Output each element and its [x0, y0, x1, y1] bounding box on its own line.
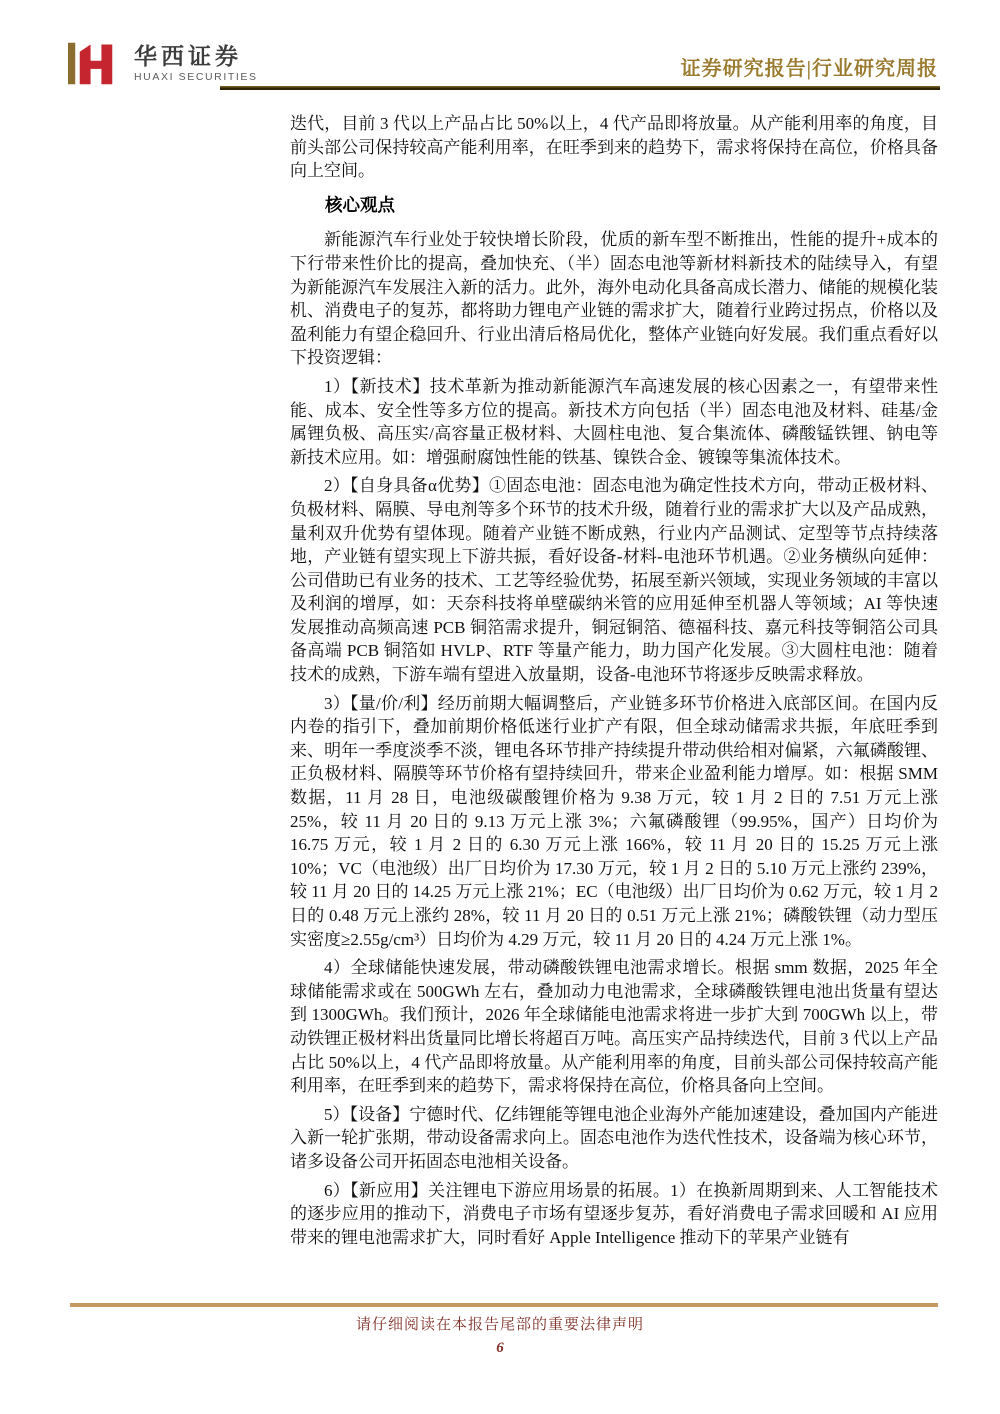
body-paragraph-continuation: 迭代，目前 3 代以上产品占比 50%以上，4 代产品即将放量。从产能利用率的角…: [290, 112, 938, 183]
body-paragraph-overview: 新能源汽车行业处于较快增长阶段，优质的新车型不断推出，性能的提升+成本的下行带来…: [290, 228, 938, 370]
body-paragraph-global-storage: 4）全球储能快速发展，带动磷酸铁锂电池需求增长。根据 smm 数据，2025 年…: [290, 956, 938, 1098]
body-paragraph-equipment: 5）【设备】宁德时代、亿纬锂能等锂电池企业海外产能加速建设，叠加国内产能进入新一…: [290, 1103, 938, 1174]
body-paragraph-volume-price-profit: 3）【量/价/利】经历前期大幅调整后，产业链多环节价格进入底部区间。在国内反内卷…: [290, 692, 938, 952]
brand-text-block: 华西证券 HUAXI SECURITIES: [134, 44, 258, 83]
huaxi-logo-icon: [68, 40, 124, 87]
brand-name-cn: 华西证券: [134, 44, 258, 69]
brand-name-en: HUAXI SECURITIES: [134, 71, 258, 83]
report-type-label: 证券研究报告|行业研究周报: [681, 52, 938, 81]
huaxi-logo: 华西证券 HUAXI SECURITIES: [68, 40, 258, 87]
report-body: 迭代，目前 3 代以上产品占比 50%以上，4 代产品即将放量。从产能利用率的角…: [290, 112, 938, 1254]
section-heading: 核心观点: [290, 194, 938, 218]
footer-divider: [70, 1303, 938, 1307]
page-number: 6: [0, 1340, 1000, 1357]
body-paragraph-new-application: 6）【新应用】关注锂电下游应用场景的拓展。1）在换新周期到来、人工智能技术的逐步…: [290, 1179, 938, 1250]
body-paragraph-new-tech: 1）【新技术】技术革新为推动新能源汽车高速发展的核心因素之一，有望带来性能、成本…: [290, 375, 938, 469]
header-divider: [220, 86, 940, 90]
body-paragraph-alpha-advantage: 2）【自身具备α优势】①固态电池：固态电池为确定性技术方向，带动正极材料、负极材…: [290, 474, 938, 686]
footer-disclaimer: 请仔细阅读在本报告尾部的重要法律声明: [0, 1313, 1000, 1334]
report-page: 华西证券 HUAXI SECURITIES 证券研究报告|行业研究周报 迭代，目…: [0, 0, 1000, 1414]
